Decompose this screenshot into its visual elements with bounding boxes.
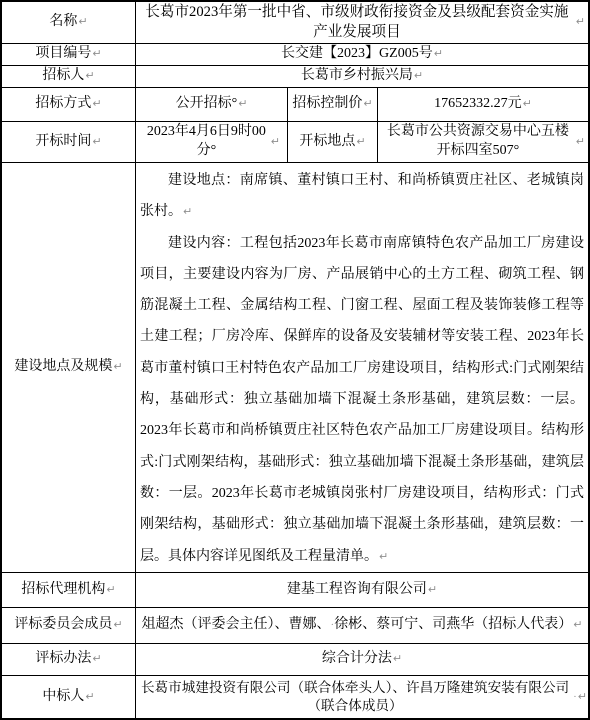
eval-method-value-cell: 综合计分法↵ (136, 644, 588, 676)
paragraph-mark: ↵ (363, 97, 372, 112)
paragraph-mark: ↵ (523, 97, 532, 112)
paragraph-mark: ↵ (414, 69, 423, 84)
committee-value-cell: 俎超杰（评委会主任）、曹娜、·徐彬、蔡可宁、司燕华（招标人代表）↵ (136, 608, 588, 644)
agency-label-cell: 招标代理机构↵ (2, 573, 136, 608)
paragraph-mark: ↵ (113, 360, 122, 375)
open-time-value-cell: 2023年4月6日9时00分°↵ (136, 122, 288, 163)
winner-label-cell: 中标人↵ (2, 676, 136, 718)
space-mark: · (573, 690, 577, 705)
control-price-value-cell: 17652332.27元↵ (378, 88, 588, 122)
scope-value-cell: 建设地点：南席镇、董村镇口王村、和尚桥镇贾庄社区、老城镇岗张村。↵ 建设内容：工… (136, 163, 588, 573)
scope-label-cell: 建设地点及规模↵ (2, 163, 136, 573)
eval-method-value: 综合计分法 (322, 650, 392, 669)
paragraph-mark: ↵ (576, 15, 585, 30)
paragraph-mark: ↵ (573, 618, 582, 633)
agency-value-cell: 建基工程咨询有限公司↵ (136, 573, 588, 608)
eval-method-label-cell: 评标办法↵ (2, 644, 136, 676)
open-place-value: 长葛市公共资源交易中心五楼开标四室507° (381, 123, 575, 161)
name-value-cell: 长葛市2023年第一批中省、市级财政衔接资金及县级配套资金实施产业发展项目↵ (136, 2, 588, 44)
project-no-label-cell: 项目编号↵ (2, 44, 136, 66)
paragraph-mark: ↵ (92, 652, 101, 667)
paragraph-mark: ↵ (92, 47, 101, 62)
paragraph-mark: ↵ (85, 690, 94, 705)
committee-label: 评标委员会成员 (14, 616, 112, 635)
open-place-label: 开标地点 (299, 133, 355, 152)
scope-paragraph-content: 建设内容：工程包括2023年长葛市南席镇特色农产品加工厂房建设项目，主要建设内容… (140, 228, 584, 572)
agency-value: 建基工程咨询有限公司 (287, 581, 427, 600)
scope-label: 建设地点及规模 (14, 358, 112, 377)
paragraph-mark: ↵ (78, 15, 87, 30)
control-price-label-cell: 招标控制价↵ (288, 88, 378, 122)
paragraph-mark: ↵ (434, 47, 443, 62)
paragraph-mark: ↵ (238, 97, 247, 112)
bid-method-label-cell: 招标方式↵ (2, 88, 136, 122)
paragraph-mark: ↵ (92, 97, 101, 112)
paragraph-mark: ↵ (356, 135, 365, 150)
committee-label-cell: 评标委员会成员↵ (2, 608, 136, 644)
paragraph-mark: ↵ (271, 135, 280, 150)
tenderer-label-cell: 招标人↵ (2, 66, 136, 88)
paragraph-mark: ↵ (92, 135, 101, 150)
paragraph-mark: ↵ (379, 550, 388, 563)
paragraph-mark: ↵ (428, 583, 437, 598)
committee-members-a: 俎超杰（评委会主任）、曹娜、 (142, 616, 331, 635)
open-time-value: 2023年4月6日9时00分° (143, 123, 270, 161)
name-label-cell: 名称↵ (2, 2, 136, 44)
control-price-value: 17652332.27元 (434, 95, 522, 114)
paragraph-mark: ↵ (578, 690, 587, 705)
bid-method-label: 招标方式 (35, 95, 91, 114)
paragraph-mark: ↵ (113, 618, 122, 633)
paragraph-mark: ↵ (106, 583, 115, 598)
paragraph-mark: ↵ (183, 205, 192, 218)
bid-result-table: 名称↵ 长葛市2023年第一批中省、市级财政衔接资金及县级配套资金实施产业发展项… (0, 0, 590, 720)
paragraph-mark: ↵ (576, 135, 585, 150)
paragraph-mark: ↵ (393, 652, 402, 667)
bid-method-value-cell: 公开招标°↵ (136, 88, 288, 122)
winner-label: 中标人 (42, 688, 84, 707)
project-no-value: 长交建【2023】GZ005号 (281, 45, 433, 64)
tenderer-label: 招标人 (42, 67, 84, 86)
open-time-label-cell: 开标时间↵ (2, 122, 136, 163)
bid-method-value: 公开招标° (176, 95, 238, 114)
open-place-label-cell: 开标地点↵ (288, 122, 378, 163)
name-label: 名称 (49, 13, 77, 32)
project-no-value-cell: 长交建【2023】GZ005号↵ (136, 44, 588, 66)
tenderer-value-cell: 长葛市乡村振兴局↵ (136, 66, 588, 88)
eval-method-label: 评标办法 (35, 650, 91, 669)
tenderer-value: 长葛市乡村振兴局 (301, 67, 413, 86)
winner-value: 长葛市城建投资有限公司（联合体牵头人）、许昌万隆建筑安装有限公司（联合体成员） (137, 679, 573, 716)
open-place-value-cell: 长葛市公共资源交易中心五楼开标四室507°↵ (378, 122, 588, 163)
paragraph-mark: ↵ (85, 69, 94, 84)
winner-value-cell: 长葛市城建投资有限公司（联合体牵头人）、许昌万隆建筑安装有限公司（联合体成员）·… (136, 676, 588, 718)
open-time-label: 开标时间 (35, 133, 91, 152)
project-name: 长葛市2023年第一批中省、市级财政衔接资金及县级配套资金实施产业发展项目 (139, 3, 575, 42)
control-price-label: 招标控制价 (292, 95, 362, 114)
agency-label: 招标代理机构 (21, 581, 105, 600)
scope-paragraph-location: 建设地点：南席镇、董村镇口王村、和尚桥镇贾庄社区、老城镇岗张村。↵ (140, 165, 584, 228)
project-no-label: 项目编号 (35, 45, 91, 64)
committee-members-b: 徐彬、蔡可宁、司燕华（招标人代表） (334, 616, 572, 635)
